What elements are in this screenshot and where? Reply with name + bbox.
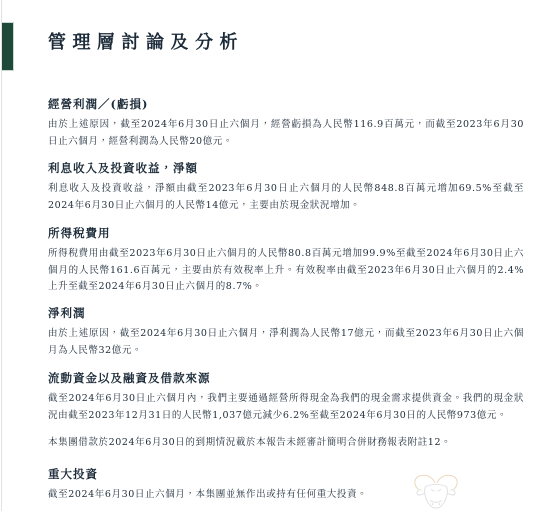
paragraph: 截至2024年6月30日止六個月內，我們主要通過經營所得現金為我們的現金需求提供… [48,391,524,424]
page-title: 管理層討論及分析 [48,28,244,54]
section-liquidity: 流動資金以及融資及借款來源 截至2024年6月30日止六個月內，我們主要通過經營… [48,371,524,452]
section-heading: 利息收入及投資收益，淨額 [48,161,524,175]
section-heading: 所得稅費用 [48,226,524,240]
page-edge-line [1,0,2,511]
section-heading: 淨利潤 [48,306,524,320]
section-net-profit: 淨利潤 由於上述原因，截至2024年6月30日止六個月，淨利潤為人民幣17億元，… [48,306,524,359]
paragraph: 利息收入及投資收益，淨額由截至2023年6月30日止六個月的人民幣848.8百萬… [48,181,524,214]
bull-logo-watermark [411,472,461,511]
paragraph: 所得稅費用由截至2023年6月30日止六個月的人民幣80.8百萬元增加99.9%… [48,246,524,296]
paragraph: 由於上述原因，截至2024年6月30日止六個月，淨利潤為人民幣17億元，而截至2… [48,326,524,359]
section-interest-income: 利息收入及投資收益，淨額 利息收入及投資收益，淨額由截至2023年6月30日止六… [48,161,524,214]
section-income-tax: 所得稅費用 所得稅費用由截至2023年6月30日止六個月的人民幣80.8百萬元增… [48,226,524,296]
section-operating-profit: 經營利潤／(虧損) 由於上述原因，截至2024年6月30日止六個月，經營虧損為人… [48,97,524,150]
section-heading: 經營利潤／(虧損) [48,97,524,111]
paragraph: 由於上述原因，截至2024年6月30日止六個月，經營虧損為人民幣116.9百萬元… [48,117,524,150]
paragraph: 本集團借款於2024年6月30日的到期情況載於本報告未經審計簡明合併財務報表附註… [48,435,524,452]
document-page: 管理層討論及分析 經營利潤／(虧損) 由於上述原因，截至2024年6月30日止六… [0,0,550,511]
accent-bar [2,22,14,71]
section-heading: 流動資金以及融資及借款來源 [48,371,524,385]
